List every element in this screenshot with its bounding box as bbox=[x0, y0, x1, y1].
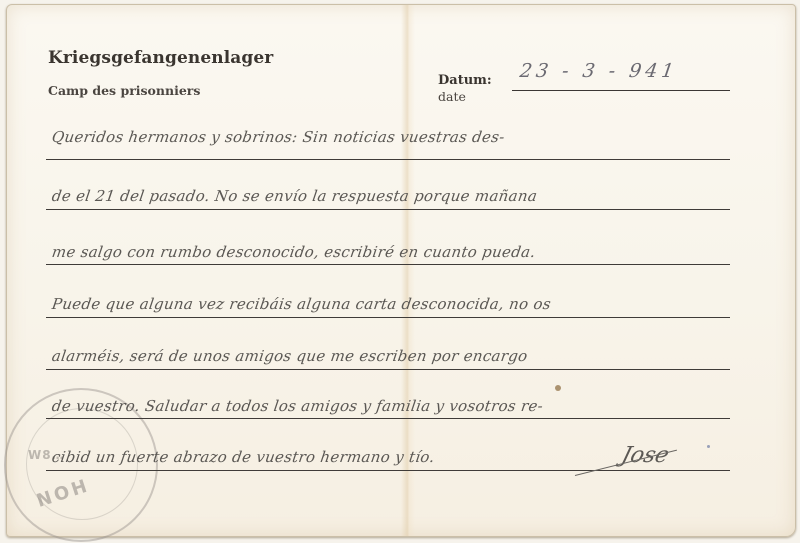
ruled-line-3 bbox=[46, 264, 730, 265]
date-value: 23 - 3 - 941 bbox=[518, 60, 679, 82]
handwritten-line-5: alarméis, será de unos amigos que me esc… bbox=[51, 347, 734, 365]
signature: Jose bbox=[619, 443, 672, 468]
ruled-line-4 bbox=[46, 317, 730, 318]
handwritten-line-6: de vuestro. Saludar a todos los amigos y… bbox=[51, 397, 734, 415]
handwritten-line-4: Puede que alguna vez recibáis alguna car… bbox=[51, 295, 734, 313]
ruled-line-2 bbox=[46, 209, 730, 210]
camp-title: Kriegsgefangenenlager bbox=[48, 48, 273, 68]
datum-label: Datum: bbox=[438, 73, 492, 88]
handwritten-line-3: me salgo con rumbo desconocido, escribir… bbox=[51, 243, 734, 261]
handwritten-line-1: Queridos hermanos y sobrinos: Sin notici… bbox=[51, 128, 734, 146]
camp-subtitle: Camp des prisonniers bbox=[48, 83, 200, 98]
stain bbox=[555, 385, 561, 391]
ruled-line-1 bbox=[46, 159, 730, 160]
ruled-line-7 bbox=[46, 470, 730, 471]
date-rule bbox=[512, 90, 730, 91]
handwritten-line-2: de el 21 del pasado. No se envío la resp… bbox=[51, 187, 734, 205]
date-label: date bbox=[438, 89, 466, 104]
ruled-line-5 bbox=[46, 369, 730, 370]
ruled-line-6 bbox=[46, 418, 730, 419]
